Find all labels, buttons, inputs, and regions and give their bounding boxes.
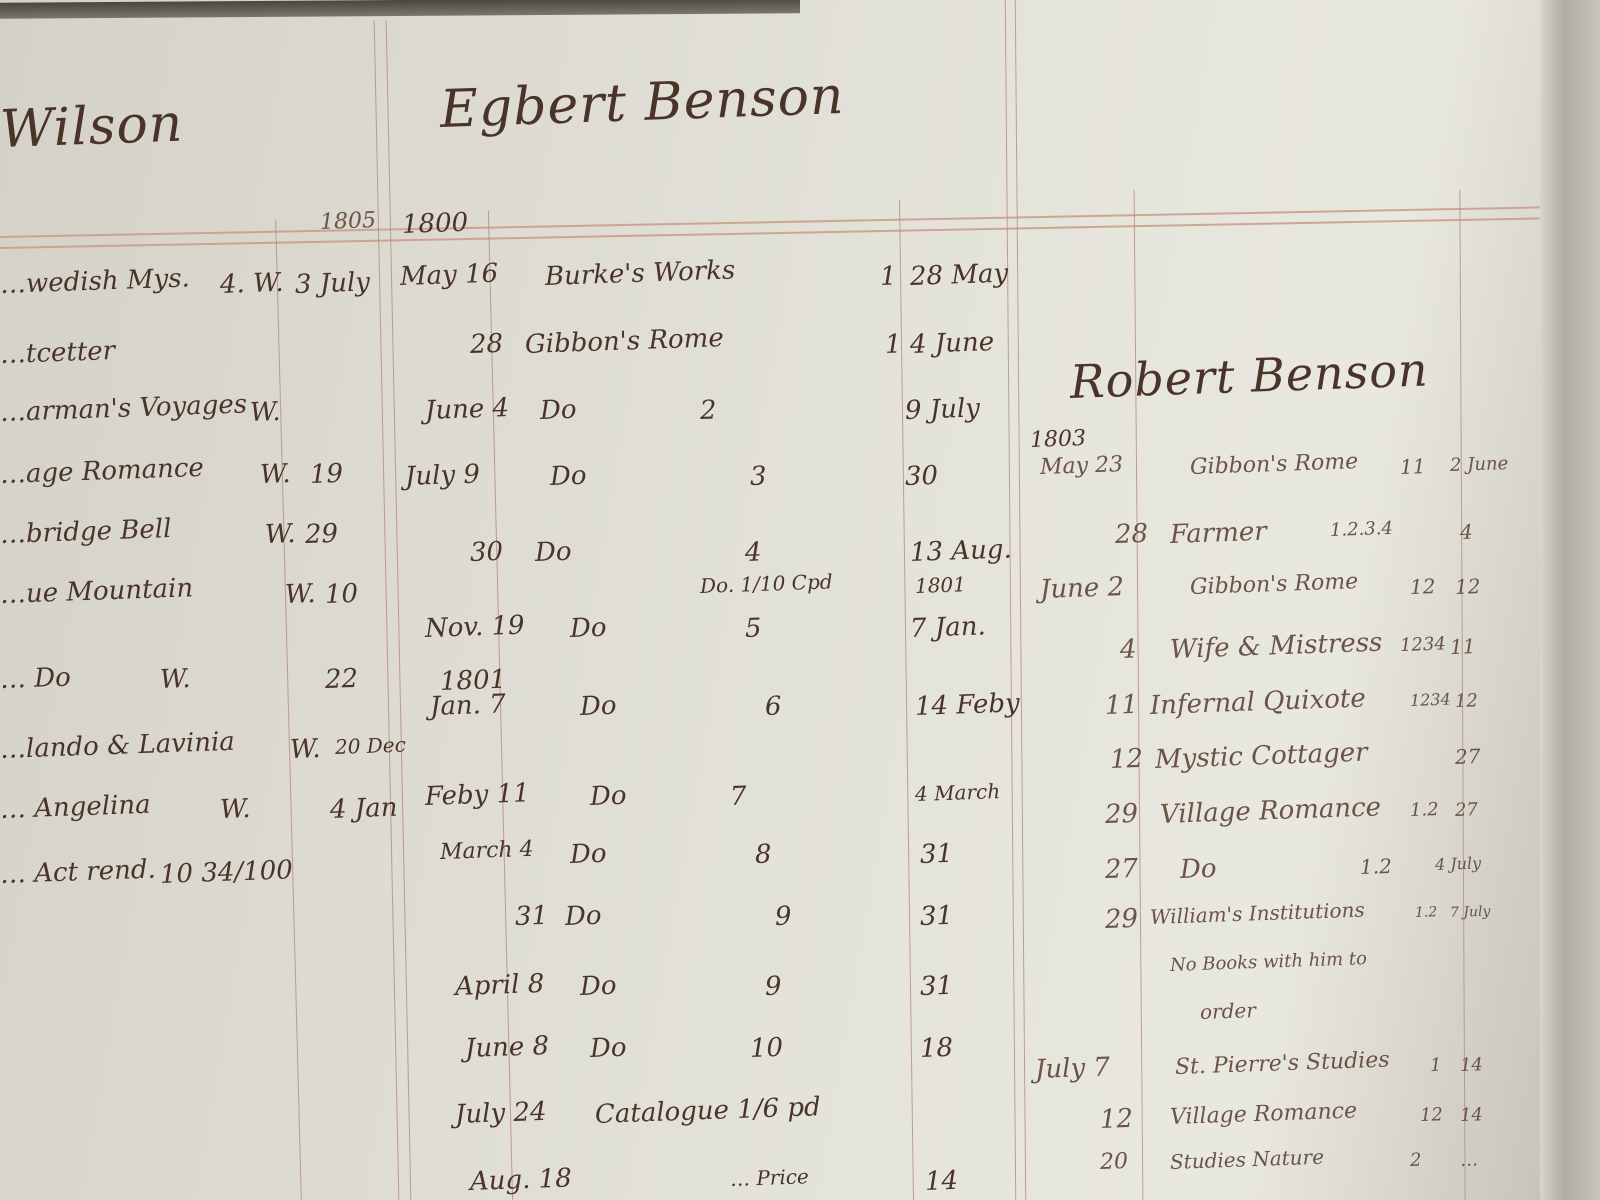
left-year-header: 1805 — [320, 208, 377, 235]
middle-year-header: 1800 — [401, 208, 468, 240]
middle-account-heading: Egbert Benson — [439, 66, 845, 140]
column-rule — [1015, 0, 1026, 1200]
ledger-page: Wilson Egbert Benson Robert Benson 1805 … — [0, 0, 1600, 1200]
right-year-header: 1803 — [1030, 426, 1087, 453]
column-rule — [386, 20, 412, 1200]
left-account-heading: Wilson — [0, 94, 184, 160]
column-rule — [374, 20, 400, 1200]
right-account-heading: Robert Benson — [1069, 342, 1429, 408]
page-gutter — [1540, 0, 1600, 1200]
book-binding-edge — [0, 0, 800, 19]
column-rule — [275, 220, 302, 1200]
column-rule — [1005, 0, 1016, 1200]
